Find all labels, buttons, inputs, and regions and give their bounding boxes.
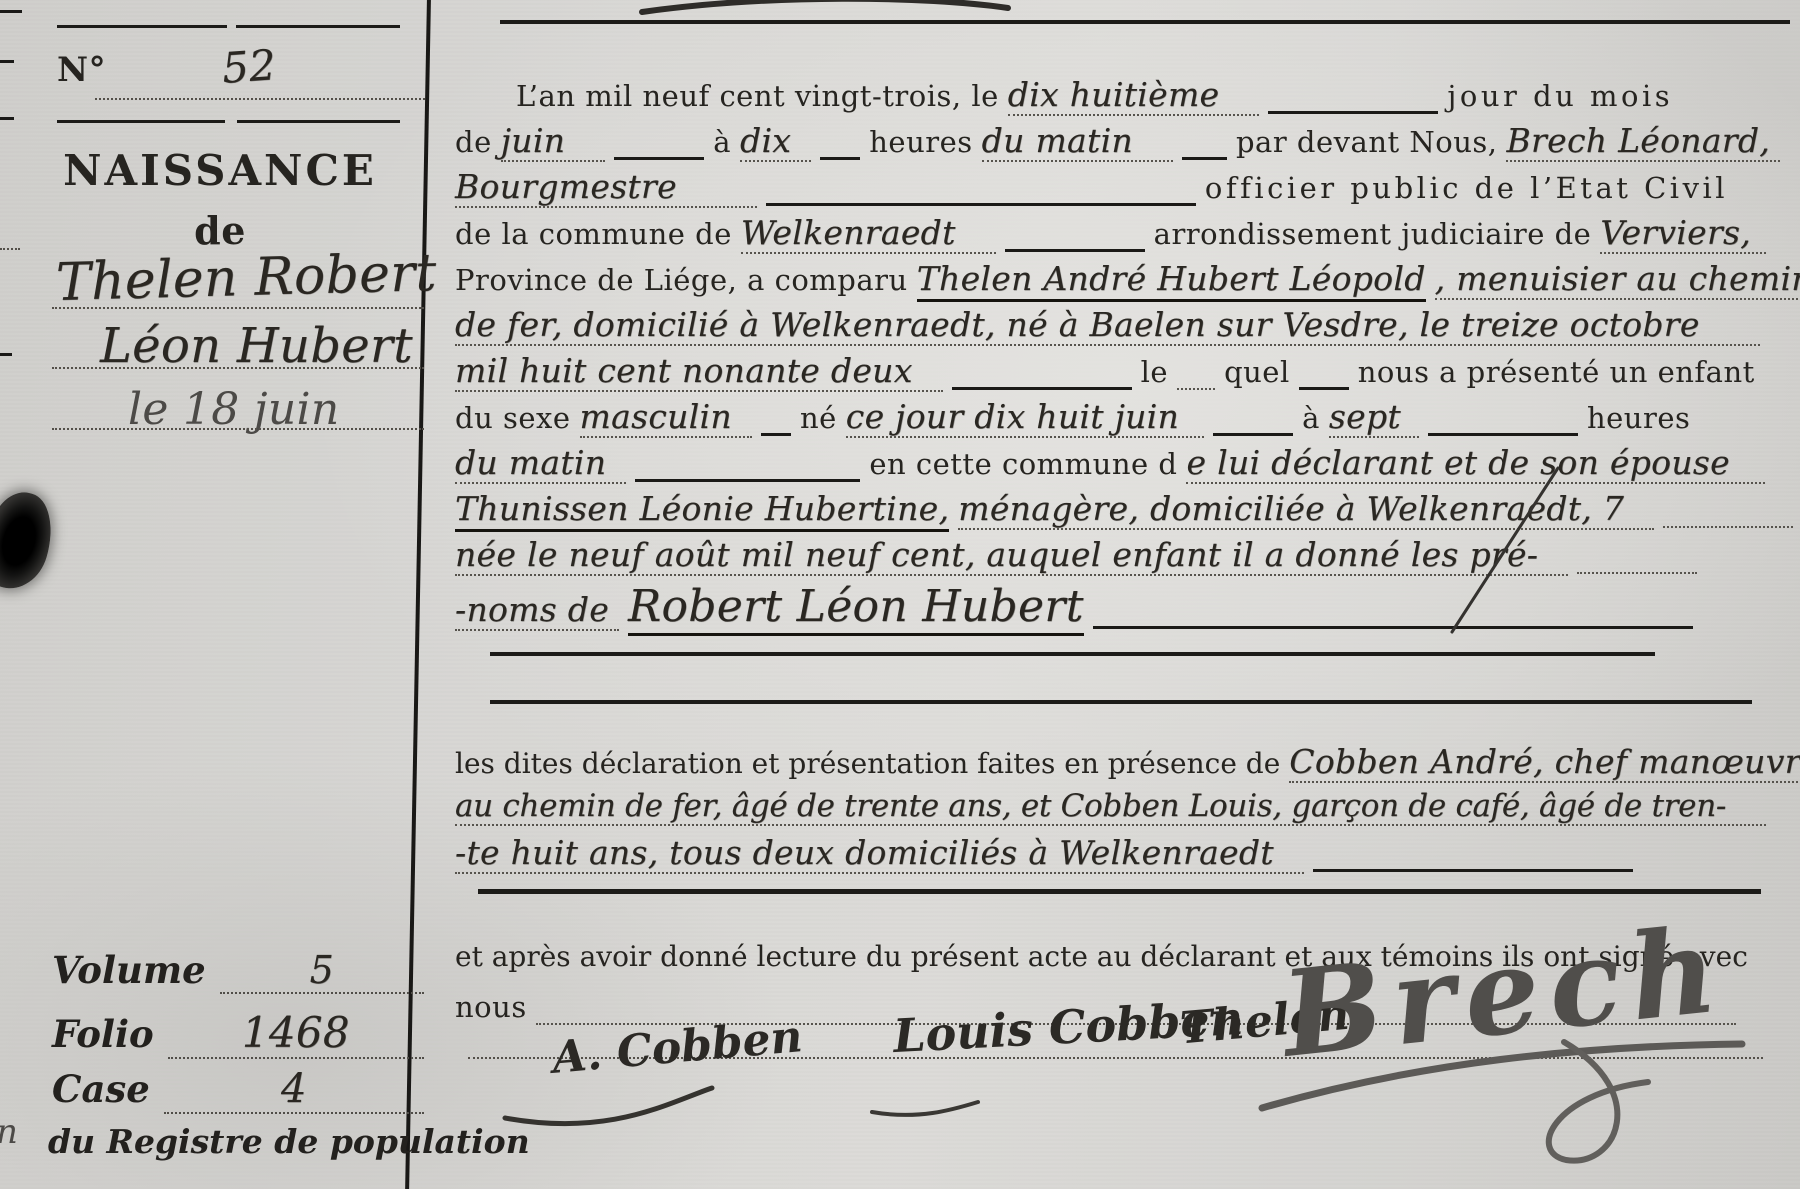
printed-text: en cette commune d [869,447,1177,481]
printed-text: les dites déclaration et présentation fa… [455,747,1280,780]
printed-text: heures [1587,401,1690,435]
margin-top-rule [236,25,400,28]
printed-text: heures [869,125,972,159]
printed-text: le [1141,355,1168,389]
folio-row: Folio 1468 [52,1008,424,1059]
blank-fill-line [635,479,860,482]
blank-ruled-line [490,652,1655,656]
child-name-line2: Léon Hubert [100,318,413,374]
printed-text: à [713,125,731,159]
act-line-2: dejuinàdixheuresdu matinpar devant Nous,… [455,121,1770,160]
written-sex: masculin [580,397,752,438]
written-child-given-names: Robert Léon Hubert [628,581,1084,636]
act-top-rule [500,20,1790,24]
printed-text: nous a présenté un enfant [1358,355,1755,389]
section-rule [478,889,1761,894]
act-type-de: de [194,208,246,253]
act-line-3: Bourgmestreofficier public de l’Etat Civ… [455,167,1770,206]
folio-value: 1468 [242,1008,350,1057]
printed-text: Province de Liége, a comparu [455,263,908,297]
written-officer-name: Brech Léonard, [1506,121,1780,162]
printed-text: quel [1224,355,1290,389]
printed-text: jour du mois [1447,79,1673,113]
act-line-14: au chemin de fer, âgé de trente ans, et … [455,788,1770,824]
written-time-of-day: du matin [455,443,626,484]
blank-fill-line [1428,433,1578,436]
printed-text: né [800,401,837,435]
act-line-1: L’an mil neuf cent vingt-trois, ledix hu… [455,75,1770,114]
child-name-line1: Thelen Robert [55,243,437,313]
blank-dotted-gap [1663,526,1793,528]
written-text: ménagère, domiciliée à Welkenraedt, 7 [958,489,1654,530]
act-line-6: de fer, domicilié à Welkenraedt, né à Ba… [455,305,1770,344]
blank-fill-line [1182,157,1227,160]
printed-text: de [455,125,492,159]
written-month: juin [501,121,606,162]
written-birth-day: ce jour dix huit juin [846,397,1204,438]
page-edge-mark [0,117,14,120]
margin-top-rule [57,25,227,28]
witness1-flourish [505,1088,712,1124]
written-text: au chemin de fer, âgé de trente ans, et … [455,788,1766,826]
act-line-8: du sexemasculinnéce jour dix huit juinàs… [455,397,1770,436]
act-line-13: les dites déclaration et présentation fa… [455,742,1770,781]
page-edge-mark [0,353,12,356]
printed-text: nous [455,990,527,1024]
case-value: 4 [281,1066,307,1112]
written-officer-title: Bourgmestre [455,167,757,208]
written-district: Verviers, [1600,213,1766,254]
act-line-15: -te huit ans, tous deux domiciliés à Wel… [455,833,1770,872]
blank-fill-line [766,203,1196,206]
written-time-of-day: du matin [982,121,1173,162]
printed-text: à [1302,401,1320,435]
written-commune: Welkenraedt [741,213,996,254]
written-text: e lui déclarant et de son épouse [1186,443,1765,484]
printed-text: du sexe [455,401,571,435]
blank-ruled-line [490,700,1752,704]
volume-row: Volume 5 [52,948,424,994]
volume-value: 5 [310,948,334,992]
register-page: N° 52 NAISSANCE de Thelen Robert Léon Hu… [0,0,1800,1189]
margin-ruled-line [52,428,424,430]
page-edge-mark [0,10,22,13]
blank-fill-line [1299,387,1349,390]
printed-text: L’an mil neuf cent vingt-trois, le [516,79,999,113]
margin-rule [237,120,400,123]
margin-ruled-line [52,367,424,369]
officer-signature-loop [1549,1042,1648,1161]
ink-blot [0,485,62,596]
act-line-11: née le neuf août mil neuf cent, auquel e… [455,535,1770,574]
act-line-10: Thunissen Léonie Hubertine,ménagère, dom… [455,489,1770,528]
blank-fill-line [1268,111,1438,114]
blank-fill-line [1093,626,1693,629]
written-hour: dix [740,121,811,162]
printed-text: de la commune de [455,217,732,251]
act-line-7: mil huit cent nonante deuxlequelnous a p… [455,351,1770,390]
cut-off-signature-stroke [642,0,1008,12]
blank-fill-line [820,157,860,160]
register-note: du Registre de population [48,1122,530,1161]
written-witness1: Cobben André, chef manœuvre [1289,742,1800,783]
act-type-title: NAISSANCE [63,146,377,195]
witness2-flourish [872,1102,978,1115]
page-edge-letter: n [0,1112,18,1152]
printed-text: officier public de l’Etat Civil [1205,171,1728,205]
blank-fill-line [1213,433,1293,436]
written-mother-name: Thunissen Léonie Hubertine, [455,489,949,532]
act-line-4: de la commune deWelkenraedtarrondissemen… [455,213,1770,252]
page-edge-mark [0,248,20,250]
blank-dotted-gap [1177,388,1215,390]
blank-fill-line [1313,869,1633,872]
printed-text: par devant Nous, [1236,125,1498,159]
case-row: Case 4 [52,1066,424,1114]
blank-fill-line [761,433,791,436]
folio-label: Folio [52,1012,154,1056]
act-line-5: Province de Liége, a comparuThelen André… [455,259,1770,298]
margin-ruled-line [52,307,424,309]
blank-fill-line [1005,249,1145,252]
act-line-12: -noms deRobert Léon Hubert [455,581,1770,632]
written-text: de fer, domicilié à Welkenraedt, né à Ba… [455,305,1760,346]
margin-rule [57,120,225,123]
written-birth-year: mil huit cent nonante deux [455,351,943,392]
written-father-name: Thelen André Hubert Léopold [917,259,1426,302]
blank-fill-line [614,157,704,160]
volume-label: Volume [52,948,206,992]
page-edge-mark [0,60,14,63]
written-birth-hour: sept [1329,397,1419,438]
act-line-9: du matinen cette commune de lui déclaran… [455,443,1770,482]
written-text: -te huit ans, tous deux domiciliés à Wel… [455,833,1304,874]
blank-dotted-gap [1577,572,1697,574]
act-number-label: N° [57,50,106,90]
printed-text: arrondissement judiciaire de [1154,217,1592,251]
written-text: née le neuf août mil neuf cent, auquel e… [455,535,1568,576]
written-text: -noms de [455,590,619,631]
act-number-ruled-line [95,98,425,100]
blank-fill-line [952,387,1132,390]
act-number-value: 52 [220,40,277,93]
case-label: Case [52,1067,150,1111]
written-day: dix huitième [1008,75,1260,116]
written-text: , menuisier au chemin [1435,259,1800,300]
